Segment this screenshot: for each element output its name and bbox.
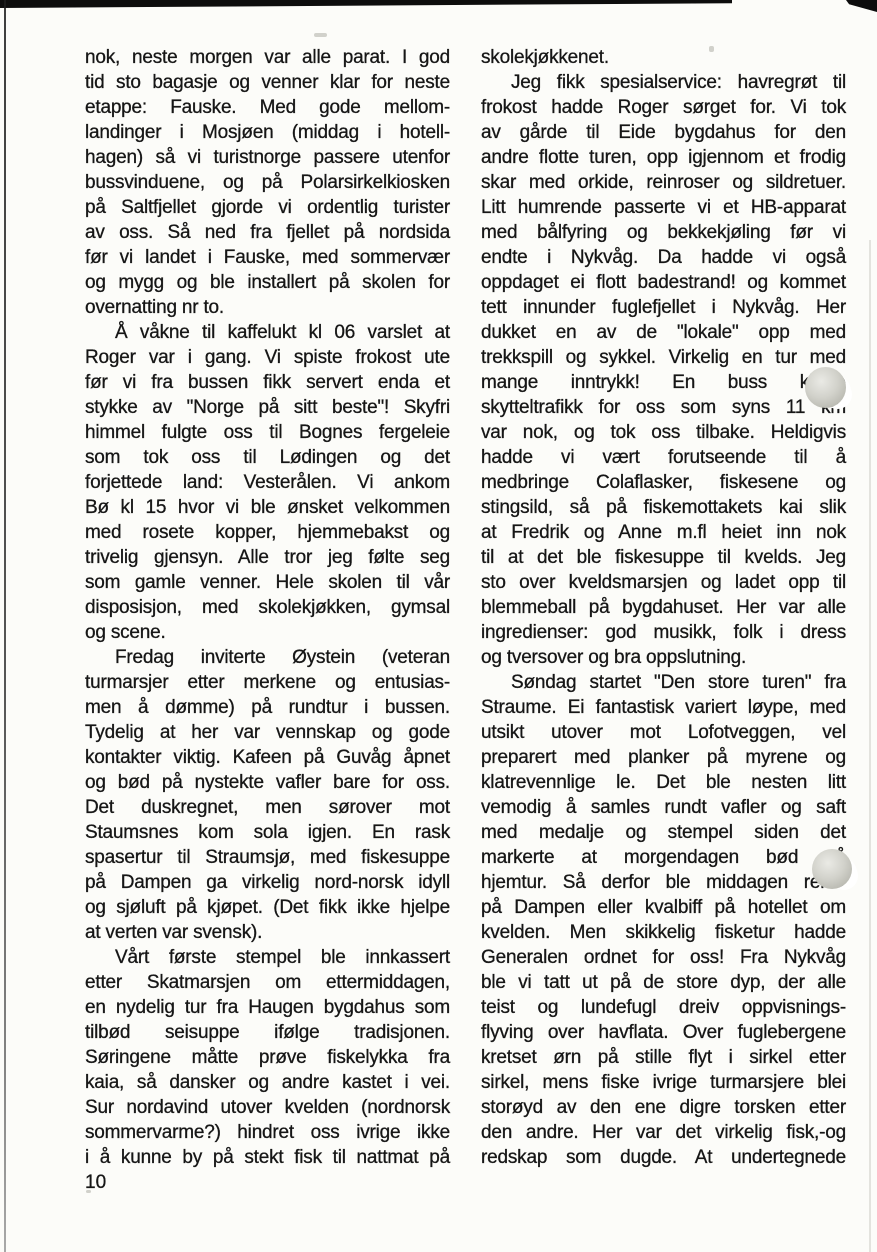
text-line: kaia, så dansker og andre kastet i vei. — [85, 1070, 450, 1095]
text-line: Fredag inviterte Øystein (veteran — [85, 645, 450, 670]
text-line: endte i Nykvåg. Da hadde vi også — [481, 245, 846, 270]
text-line: Generalen ordnet for oss! Fra Nykvåg — [481, 945, 846, 970]
text-line: disposisjon, med skolekjøkken, gymsal — [85, 595, 450, 620]
paragraph: skolekjøkkenet. — [481, 45, 846, 70]
text-line: Å våkne til kaffelukt kl 06 varslet at — [85, 320, 450, 345]
text-line: Vårt første stempel ble innkassert — [85, 945, 450, 970]
text-line: sommervarme?) hindret oss ivrige ikke — [85, 1120, 450, 1145]
scan-edge-top-right-mark — [846, 0, 877, 12]
scan-speck — [86, 1190, 91, 1193]
text-line: skytteltrafikk for oss som syns 11 km — [481, 395, 846, 420]
text-line: klatrevennlige le. Det ble nesten litt — [481, 770, 846, 795]
text-line: kvelden. Men skikkelig fisketur hadde — [481, 920, 846, 945]
text-line: himmel fulgte oss til Bognes fergeleie — [85, 420, 450, 445]
scan-speck — [314, 33, 327, 37]
scan-edge-right-line — [869, 240, 871, 1252]
text-line: trivelig gjensyn. Alle tror jeg følte se… — [85, 545, 450, 570]
text-line: før vi fra bussen fikk servert enda et — [85, 370, 450, 395]
text-line: utsikt utover mot Lofotveggen, vel — [481, 720, 846, 745]
text-line: Straume. Ei fantastisk variert løype, me… — [481, 695, 846, 720]
text-line: hadde vi vært forutseende til å — [481, 445, 846, 470]
hole-punch-mark — [805, 367, 846, 408]
text-line: Søringene måtte prøve fiskelykka fra — [85, 1045, 450, 1070]
text-line: markerte at morgendagen bød på — [481, 845, 846, 870]
text-line: blemmeball på bygdahuset. Her var alle — [481, 595, 846, 620]
text-line: andre flotte turen, opp igjennom et frod… — [481, 145, 846, 170]
text-line: stykke av "Norge på sitt beste"! Skyfri — [85, 395, 450, 420]
text-line: på Saltfjellet gjorde vi ordentlig turis… — [85, 195, 450, 220]
text-line: etappe: Fauske. Med gode mellom- — [85, 95, 450, 120]
text-line: oppdaget ei flott badestrand! og kommet — [481, 270, 846, 295]
text-line: mange inntrykk! En buss kjørte — [481, 370, 846, 395]
text-line: sto over kveldsmarsjen og ladet opp til — [481, 570, 846, 595]
text-line: til at det ble fiskesuppe til kvelds. Je… — [481, 545, 846, 570]
text-line: nok, neste morgen var alle parat. I god — [85, 45, 450, 70]
text-line: overnatting nr to. — [85, 295, 450, 320]
text-line: og bød på nystekte vafler bare for oss. — [85, 770, 450, 795]
text-line: Sur nordavind utover kvelden (nordnorsk — [85, 1095, 450, 1120]
text-line: av gårde til Eide bygdahus for den — [481, 120, 846, 145]
text-line: turmarsjer etter merkene og entusias- — [85, 670, 450, 695]
paragraph: Søndag startet "Den store turen" fraStra… — [481, 670, 846, 1170]
text-line: storøyd av den ene digre torsken etter — [481, 1095, 846, 1120]
text-line: Søndag startet "Den store turen" fra — [481, 670, 846, 695]
text-line: og sjøluft på kjøpet. (Det fikk ikke hje… — [85, 895, 450, 920]
scan-edge-top-bar — [0, 0, 732, 8]
text-line: som tok oss til Lødingen og det — [85, 445, 450, 470]
text-line: Roger var i gang. Vi spiste frokost ute — [85, 345, 450, 370]
scan-speck — [709, 46, 714, 52]
text-line: forjettede land: Vesterålen. Vi ankom — [85, 470, 450, 495]
text-line: at Fredrik og Anne m.fl heiet inn nok — [481, 520, 846, 545]
text-line: vemodig å samles rundt vafler og saft — [481, 795, 846, 820]
text-line: teist og lundefugl dreiv oppvisnings- — [481, 995, 846, 1020]
text-line: som gamle venner. Hele skolen til vår — [85, 570, 450, 595]
text-line: landinger i Mosjøen (middag i hotell- — [85, 120, 450, 145]
paragraph: Vårt første stempel ble innkassertetter … — [85, 945, 450, 1170]
text-line: frokost hadde Roger sørget for. Vi tok — [481, 95, 846, 120]
text-line: skar med orkide, reinroser og sildretuer… — [481, 170, 846, 195]
left-column: nok, neste morgen var alle parat. I godt… — [85, 45, 450, 1170]
text-line: Bø kl 15 hvor vi ble ønsket velkommen — [85, 495, 450, 520]
text-line: en nydelig tur fra Haugen bygdahus som — [85, 995, 450, 1020]
text-line: bussvinduene, og på Polarsirkelkiosken — [85, 170, 450, 195]
right-column: skolekjøkkenet.Jeg fikk spesialservice: … — [481, 45, 846, 1170]
text-line: medbringe Colaflasker, fiskesene og — [481, 470, 846, 495]
paragraph: Jeg fikk spesialservice: havregrøt tilfr… — [481, 70, 846, 670]
text-line: Jeg fikk spesialservice: havregrøt til — [481, 70, 846, 95]
text-line: dukket en av de "lokale" opp med — [481, 320, 846, 345]
text-line: kontakter viktig. Kafeen på Guvåg åpnet — [85, 745, 450, 770]
text-line: og scene. — [85, 620, 450, 645]
text-line: med bålfyring og bekkekjøling før vi — [481, 220, 846, 245]
text-line: Staumsnes kom sola igjen. En rask — [85, 820, 450, 845]
text-line: på Dampen eller kvalbiff på hotellet om — [481, 895, 846, 920]
paragraph: Fredag inviterte Øystein (veteranturmars… — [85, 645, 450, 945]
text-line: trekkspill og sykkel. Virkelig en tur me… — [481, 345, 846, 370]
text-line: før vi landet i Fauske, med sommervær — [85, 245, 450, 270]
text-line: var nok, og tok oss tilbake. Heldigvis — [481, 420, 846, 445]
text-line: ingredienser: god musikk, folk i dress — [481, 620, 846, 645]
text-line: preparert med planker på myrene og — [481, 745, 846, 770]
text-line: i å kunne by på stekt fisk til nattmat p… — [85, 1145, 450, 1170]
text-line: med rosete kopper, hjemmebakst og — [85, 520, 450, 545]
paragraph: Å våkne til kaffelukt kl 06 varslet atRo… — [85, 320, 450, 645]
text-line: hjemtur. Så derfor ble middagen reker — [481, 870, 846, 895]
text-line: av oss. Så ned fra fjellet på nordsida — [85, 220, 450, 245]
text-line: redskap som dugde. At undertegnede — [481, 1145, 846, 1170]
text-line: Litt humrende passerte vi et HB-apparat — [481, 195, 846, 220]
text-line: ble vi tatt ut på de store dyp, der alle — [481, 970, 846, 995]
text-line: den andre. Her var det virkelig fisk,-og — [481, 1120, 846, 1145]
text-line: flyving over havflata. Over fuglebergene — [481, 1020, 846, 1045]
text-line: spasertur til Straumsjø, med fiskesuppe — [85, 845, 450, 870]
text-line: på Dampen ga virkelig nord-norsk idyll — [85, 870, 450, 895]
text-line: Tydelig at her var vennskap og gode — [85, 720, 450, 745]
paragraph: nok, neste morgen var alle parat. I godt… — [85, 45, 450, 320]
text-line: Det duskregnet, men sørover mot — [85, 795, 450, 820]
scanned-newsletter-page: nok, neste morgen var alle parat. I godt… — [0, 0, 877, 1252]
text-line: men å dømme) på rundtur i bussen. — [85, 695, 450, 720]
text-line: sirkel, mens fiske ivrige turmarsjere bl… — [481, 1070, 846, 1095]
text-line: og mygg og ble installert på skolen for — [85, 270, 450, 295]
text-line: med medalje og stempel siden det — [481, 820, 846, 845]
scan-edge-left-line — [4, 0, 6, 1252]
text-line: skolekjøkkenet. — [481, 45, 846, 70]
text-line: etter Skatmarsjen om ettermiddagen, — [85, 970, 450, 995]
hole-punch-mark — [812, 849, 852, 889]
text-line: hagen) så vi turistnorge passere utenfor — [85, 145, 450, 170]
text-line: at verten var svensk). — [85, 920, 450, 945]
text-line: og tversover og bra oppslutning. — [481, 645, 846, 670]
text-line: kretset ørn på stille flyt i sirkel ette… — [481, 1045, 846, 1070]
text-line: tid sto bagasje og venner klar for neste — [85, 70, 450, 95]
text-line: tilbød seisuppe ifølge tradisjonen. — [85, 1020, 450, 1045]
text-line: stingsild, så på fiskemottakets kai slik — [481, 495, 846, 520]
text-line: tett innunder fuglefjellet i Nykvåg. Her — [481, 295, 846, 320]
